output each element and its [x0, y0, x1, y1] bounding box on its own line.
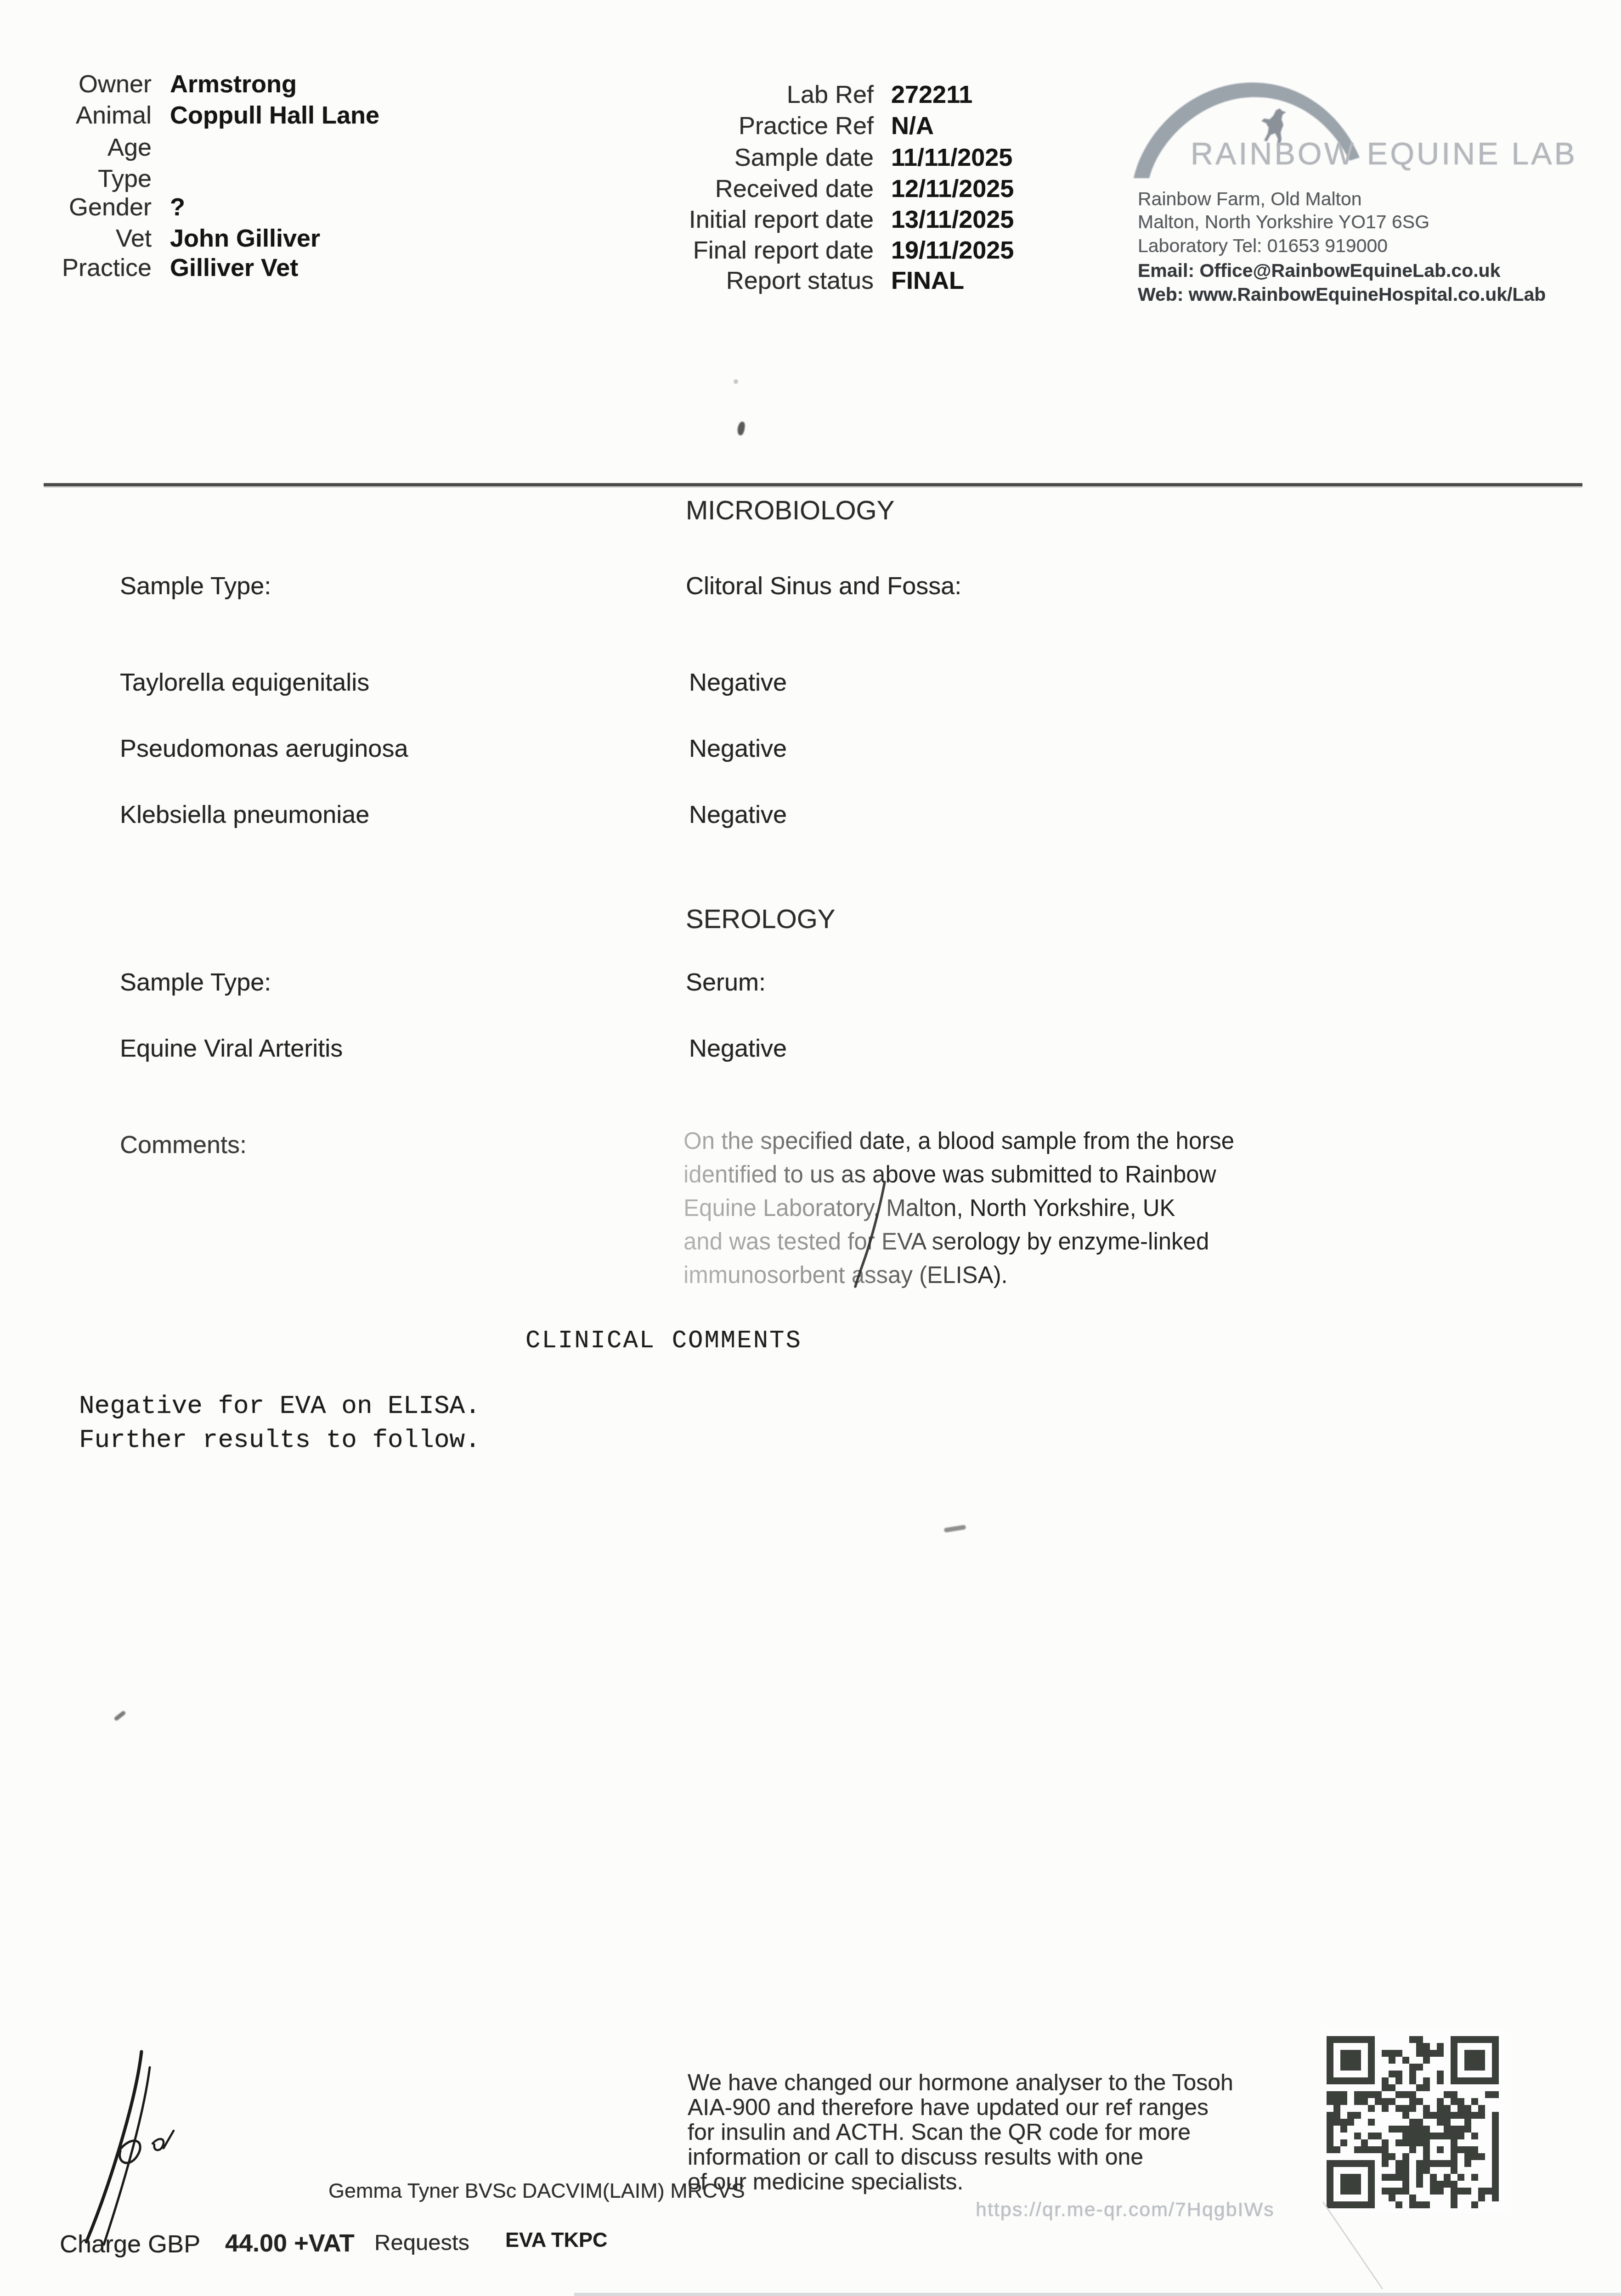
patient-row: Animal Coppull Hall Lane — [28, 101, 671, 130]
field-label: Type — [28, 164, 152, 193]
test-name: Equine Viral Arteritis — [120, 1034, 343, 1063]
clinical-heading: CLINICAL COMMENTS — [525, 1327, 802, 1355]
lab-report-page: Owner Armstrong Animal Coppull Hall Lane… — [0, 0, 1621, 2296]
scan-scratch — [1318, 2200, 1392, 2291]
comment-line: Equine Laboratory, Malton, North Yorkshi… — [683, 1191, 1175, 1225]
lab-address-line: Malton, North Yorkshire YO17 6SG — [1138, 211, 1429, 233]
lab-logo-wordmark: RAINBOW EQUINE LAB — [1191, 136, 1577, 172]
meta-row: Received date 12/11/2025 — [588, 174, 1139, 203]
section-divider — [44, 483, 1582, 486]
qr-url-text: https://qr.me-qr.com/7HqgbIWs — [976, 2199, 1275, 2221]
notice-line: AIA-900 and therefore have updated our r… — [688, 2095, 1209, 2120]
field-value: John Gilliver — [170, 224, 320, 253]
test-name: Pseudomonas aeruginosa — [120, 734, 408, 763]
field-label: Initial report date — [588, 205, 874, 234]
comment-line: and was tested for EVA serology by enzym… — [683, 1225, 1209, 1258]
scan-speck — [737, 421, 746, 436]
field-label: Owner — [28, 70, 152, 98]
sample-type-value: Clitoral Sinus and Fossa: — [686, 572, 961, 600]
field-label: Report status — [588, 266, 874, 295]
notice-line: We have changed our hormone analyser to … — [688, 2070, 1233, 2095]
field-label: Lab Ref — [588, 80, 874, 109]
patient-row: Practice Gilliver Vet — [28, 253, 671, 283]
patient-row: Age — [28, 133, 671, 163]
test-result: Negative — [689, 800, 787, 829]
meta-row: Lab Ref 272211 — [588, 80, 1139, 109]
pen-stroke-mark — [845, 1179, 905, 1289]
meta-row: Report status FINAL — [588, 266, 1139, 295]
section-heading: MICROBIOLOGY — [686, 495, 894, 526]
signature — [64, 2034, 202, 2255]
patient-row: Type — [28, 164, 671, 194]
field-value: 19/11/2025 — [891, 236, 1014, 264]
patient-row: Owner Armstrong — [28, 70, 671, 99]
field-label: Final report date — [588, 236, 874, 264]
sample-type-value: Serum: — [686, 968, 766, 996]
field-label: Practice Ref — [588, 112, 874, 140]
lab-address-line: Rainbow Farm, Old Malton — [1138, 188, 1362, 210]
comment-line: On the specified date, a blood sample fr… — [683, 1124, 1234, 1158]
comments-label: Comments: — [120, 1131, 247, 1159]
charge-label: Charge GBP — [60, 2230, 200, 2258]
notice-line: of our medicine specialists. — [688, 2169, 963, 2194]
field-label: Sample date — [588, 143, 874, 172]
requests-label: Requests — [374, 2230, 469, 2256]
field-value: 11/11/2025 — [891, 143, 1012, 172]
scan-speck — [944, 1525, 966, 1532]
field-value: Armstrong — [170, 70, 297, 98]
field-label: Gender — [28, 193, 152, 221]
scan-edge-smudge — [574, 2293, 1621, 2296]
test-name: Klebsiella pneumoniae — [120, 800, 369, 829]
field-label: Age — [28, 133, 152, 162]
field-value: 272211 — [891, 80, 972, 109]
sample-type-label: Sample Type: — [120, 968, 271, 996]
test-name: Taylorella equigenitalis — [120, 668, 369, 697]
field-value: Coppull Hall Lane — [170, 101, 379, 129]
section-heading: SEROLOGY — [686, 904, 836, 934]
field-value: Gilliver Vet — [170, 253, 298, 282]
test-result: Negative — [689, 1034, 787, 1063]
meta-row: Final report date 19/11/2025 — [588, 236, 1139, 264]
lab-web-line: Web: www.RainbowEquineHospital.co.uk/Lab — [1138, 284, 1546, 305]
field-value: N/A — [891, 112, 934, 140]
clinical-line: Further results to follow. — [79, 1425, 480, 1455]
signer-name: Gemma Tyner BVSc DACVIM(LAIM) MRCVS — [328, 2179, 745, 2203]
field-value: FINAL — [891, 266, 964, 295]
meta-row: Initial report date 13/11/2025 — [588, 205, 1139, 234]
qr-code — [1321, 2030, 1505, 2213]
test-result: Negative — [689, 734, 787, 763]
field-label: Vet — [28, 224, 152, 253]
scan-speck — [113, 1710, 126, 1721]
field-label: Animal — [28, 101, 152, 129]
notice-line: information or call to discuss results w… — [688, 2144, 1143, 2169]
scan-speck — [734, 379, 738, 384]
field-value: 12/11/2025 — [891, 174, 1014, 203]
field-label: Received date — [588, 174, 874, 203]
sample-type-label: Sample Type: — [120, 572, 271, 600]
meta-row: Sample date 11/11/2025 — [588, 143, 1139, 172]
requests-value: EVA TKPC — [505, 2228, 608, 2252]
field-value: ? — [170, 193, 185, 221]
comment-line: identified to us as above was submitted … — [683, 1158, 1216, 1191]
field-value: 13/11/2025 — [891, 205, 1014, 234]
patient-row: Vet John Gilliver — [28, 224, 671, 253]
patient-row: Gender ? — [28, 193, 671, 222]
notice-line: for insulin and ACTH. Scan the QR code f… — [688, 2120, 1191, 2144]
charge-value: 44.00 +VAT — [225, 2229, 355, 2257]
clinical-line: Negative for EVA on ELISA. — [79, 1391, 480, 1421]
field-label: Practice — [28, 253, 152, 282]
lab-phone-line: Laboratory Tel: 01653 919000 — [1138, 235, 1388, 257]
meta-row: Practice Ref N/A — [588, 112, 1139, 140]
test-result: Negative — [689, 668, 787, 697]
lab-email-line: Email: Office@RainbowEquineLab.co.uk — [1138, 260, 1500, 281]
